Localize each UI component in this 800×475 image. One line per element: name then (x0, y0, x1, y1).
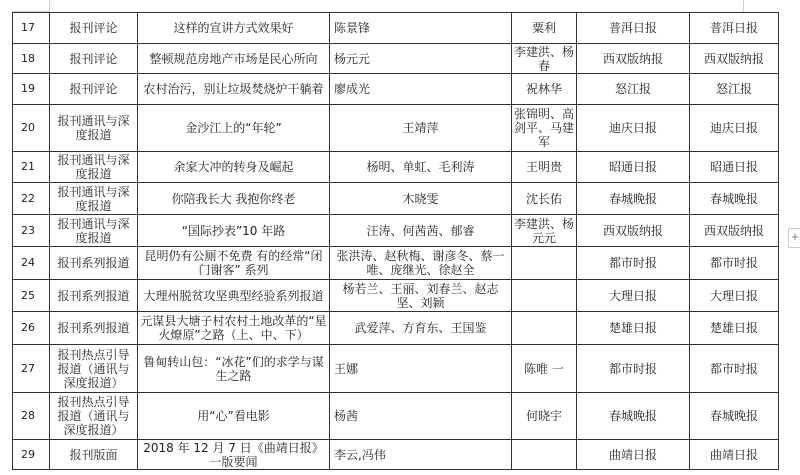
authors-cell: 木晓雯 (330, 183, 512, 215)
unit-cell: 都市时报 (690, 345, 779, 393)
authors-cell: 廖成光 (330, 74, 512, 105)
editor-cell: 沈长佑 (512, 183, 577, 215)
title-cell: 昆明仍有公厕不免费 有的经常“闭门谢客” 系列 (138, 247, 330, 280)
unit-cell: 春城晚报 (690, 393, 779, 440)
row-number: 17 (13, 13, 50, 44)
table-row: 20 报刊通讯与深度报道 金沙江上的“年轮” 王靖萍 张锦明、高剑平、马建军 迪… (13, 105, 779, 152)
publication-cell: 西双版纳报 (577, 44, 690, 74)
editor-cell (512, 280, 577, 312)
table-row: 21 报刊通讯与深度报道 余家大冲的转身及崛起 杨明、单虹、毛利涛 王明贵 昭通… (13, 152, 779, 183)
title-cell: “国际抄表”10 年路 (138, 215, 330, 247)
add-row-icon[interactable]: + (788, 228, 800, 248)
category-cell: 报刊系列报道 (50, 280, 138, 312)
title-cell: 2018 年 12 月 7 日《曲靖日报》一版要闻 (138, 440, 330, 470)
title-cell: 用“心”看电影 (138, 393, 330, 440)
authors-cell: 陈景锋 (330, 13, 512, 44)
row-number: 19 (13, 74, 50, 105)
authors-cell: 杨若兰、王丽、刘春兰、赵志坚、刘颖 (330, 280, 512, 312)
row-number: 22 (13, 183, 50, 215)
table-row: 19 报刊评论 农村治污，别让垃圾焚烧炉干躺着 廖成光 祝林华 怒江报 怒江报 (13, 74, 779, 105)
authors-cell: 李云,冯伟 (330, 440, 512, 470)
row-number: 28 (13, 393, 50, 440)
table-row: 22 报刊通讯与深度报道 你陪我长大 我抱你终老 木晓雯 沈长佑 春城晚报 春城… (13, 183, 779, 215)
publication-cell: 大理日报 (577, 280, 690, 312)
editor-cell: 祝林华 (512, 74, 577, 105)
editor-cell (512, 247, 577, 280)
table-row: 18 报刊评论 整顿规范房地产市场是民心所向 杨元元 李建洪、杨春 西双版纳报 … (13, 44, 779, 74)
row-number: 24 (13, 247, 50, 280)
editor-cell: 张锦明、高剑平、马建军 (512, 105, 577, 152)
publication-cell: 西双版纳报 (577, 215, 690, 247)
unit-cell: 西双版纳报 (690, 215, 779, 247)
table-body: 17 报刊评论 这样的宣讲方式效果好 陈景锋 粟利 普洱日报 普洱日报 18 报… (13, 13, 779, 470)
category-cell: 报刊通讯与深度报道 (50, 152, 138, 183)
table-row: 23 报刊通讯与深度报道 “国际抄表”10 年路 汪涛、何茜茜、郁睿 李建洪、杨… (13, 215, 779, 247)
awards-table: 17 报刊评论 这样的宣讲方式效果好 陈景锋 粟利 普洱日报 普洱日报 18 报… (12, 12, 779, 470)
unit-cell: 楚雄日报 (690, 312, 779, 345)
authors-cell: 杨茜 (330, 393, 512, 440)
authors-cell: 杨元元 (330, 44, 512, 74)
category-cell: 报刊热点引导报道（通讯与深度报道） (50, 393, 138, 440)
publication-cell: 迪庆日报 (577, 105, 690, 152)
unit-cell: 西双版纳报 (690, 44, 779, 74)
unit-cell: 昭通日报 (690, 152, 779, 183)
category-cell: 报刊评论 (50, 44, 138, 74)
unit-cell: 大理日报 (690, 280, 779, 312)
category-cell: 报刊评论 (50, 74, 138, 105)
table-row: 26 报刊系列报道 元谋县大塘子村农村土地改革的“星火燎原”之路（上、中、下） … (13, 312, 779, 345)
row-number: 20 (13, 105, 50, 152)
category-cell: 报刊通讯与深度报道 (50, 215, 138, 247)
category-cell: 报刊通讯与深度报道 (50, 183, 138, 215)
publication-cell: 楚雄日报 (577, 312, 690, 345)
authors-cell: 王娜 (330, 345, 512, 393)
title-cell: 鲁甸转山包：“冰花”们的求学与谋生之路 (138, 345, 330, 393)
publication-cell: 都市时报 (577, 247, 690, 280)
authors-cell: 武爱萍、方育东、王国鉴 (330, 312, 512, 345)
editor-cell (512, 440, 577, 470)
title-cell: 这样的宣讲方式效果好 (138, 13, 330, 44)
publication-cell: 曲靖日报 (577, 440, 690, 470)
authors-cell: 杨明、单虹、毛利涛 (330, 152, 512, 183)
editor-cell (512, 312, 577, 345)
table-row: 29 报刊版面 2018 年 12 月 7 日《曲靖日报》一版要闻 李云,冯伟 … (13, 440, 779, 470)
editor-cell: 李建洪、杨春 (512, 44, 577, 74)
editor-cell: 粟利 (512, 13, 577, 44)
category-cell: 报刊评论 (50, 13, 138, 44)
row-number: 21 (13, 152, 50, 183)
category-cell: 报刊系列报道 (50, 312, 138, 345)
publication-cell: 怒江报 (577, 74, 690, 105)
table-row: 25 报刊系列报道 大理州脱贫攻坚典型经验系列报道 杨若兰、王丽、刘春兰、赵志坚… (13, 280, 779, 312)
table-row: 17 报刊评论 这样的宣讲方式效果好 陈景锋 粟利 普洱日报 普洱日报 (13, 13, 779, 44)
title-cell: 你陪我长大 我抱你终老 (138, 183, 330, 215)
title-cell: 余家大冲的转身及崛起 (138, 152, 330, 183)
publication-cell: 都市时报 (577, 345, 690, 393)
page-corner-mark-right (743, 0, 744, 12)
table-row: 28 报刊热点引导报道（通讯与深度报道） 用“心”看电影 杨茜 何晓宇 春城晚报… (13, 393, 779, 440)
category-cell: 报刊系列报道 (50, 247, 138, 280)
title-cell: 大理州脱贫攻坚典型经验系列报道 (138, 280, 330, 312)
table-row: 27 报刊热点引导报道（通讯与深度报道） 鲁甸转山包：“冰花”们的求学与谋生之路… (13, 345, 779, 393)
row-number: 23 (13, 215, 50, 247)
title-cell: 整顿规范房地产市场是民心所向 (138, 44, 330, 74)
unit-cell: 都市时报 (690, 247, 779, 280)
authors-cell: 王靖萍 (330, 105, 512, 152)
category-cell: 报刊版面 (50, 440, 138, 470)
editor-cell: 陈唯 一 (512, 345, 577, 393)
unit-cell: 迪庆日报 (690, 105, 779, 152)
row-number: 27 (13, 345, 50, 393)
title-cell: 元谋县大塘子村农村土地改革的“星火燎原”之路（上、中、下） (138, 312, 330, 345)
editor-cell: 王明贵 (512, 152, 577, 183)
title-cell: 农村治污，别让垃圾焚烧炉干躺着 (138, 74, 330, 105)
category-cell: 报刊通讯与深度报道 (50, 105, 138, 152)
publication-cell: 昭通日报 (577, 152, 690, 183)
table-row: 24 报刊系列报道 昆明仍有公厕不免费 有的经常“闭门谢客” 系列 张洪涛、赵秋… (13, 247, 779, 280)
publication-cell: 普洱日报 (577, 13, 690, 44)
unit-cell: 怒江报 (690, 74, 779, 105)
title-cell: 金沙江上的“年轮” (138, 105, 330, 152)
row-number: 18 (13, 44, 50, 74)
unit-cell: 春城晚报 (690, 183, 779, 215)
authors-cell: 汪涛、何茜茜、郁睿 (330, 215, 512, 247)
unit-cell: 普洱日报 (690, 13, 779, 44)
editor-cell: 何晓宇 (512, 393, 577, 440)
category-cell: 报刊热点引导报道（通讯与深度报道） (50, 345, 138, 393)
row-number: 26 (13, 312, 50, 345)
publication-cell: 春城晚报 (577, 183, 690, 215)
row-number: 29 (13, 440, 50, 470)
authors-cell: 张洪涛、赵秋梅、谢彦冬、蔡一唯、庞继光、徐赵全 (330, 247, 512, 280)
page-corner-mark-vertical (49, 0, 50, 12)
publication-cell: 春城晚报 (577, 393, 690, 440)
editor-cell: 李建洪、杨元元 (512, 215, 577, 247)
unit-cell: 曲靖日报 (690, 440, 779, 470)
row-number: 25 (13, 280, 50, 312)
